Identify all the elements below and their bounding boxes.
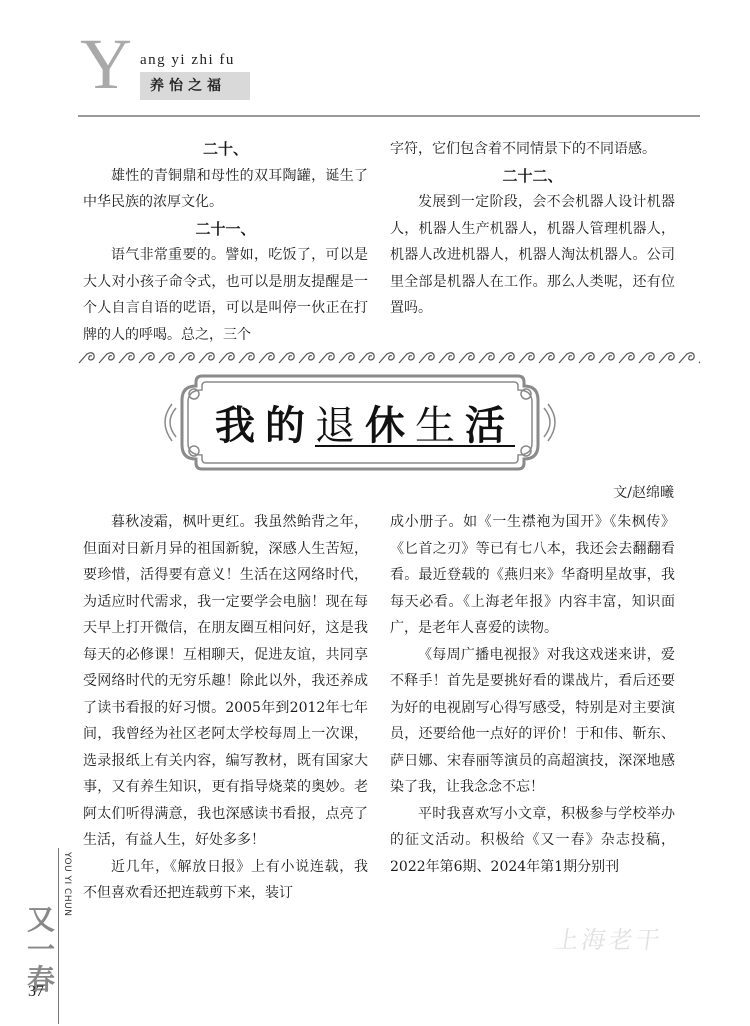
- paragraph: 雄性的青铜鼎和母性的双耳陶罐，诞生了中华民族的浓厚文化。: [83, 163, 368, 216]
- sidebar-rule: [58, 848, 59, 1024]
- author-byline: 文/赵绵曦: [613, 482, 674, 502]
- article-right-column: 成小册子。如《一生襟袍为国开》《朱枫传》《匕首之刃》等已有七八本，我还会去翻翻看…: [390, 509, 675, 880]
- paragraph: 平时我喜欢写小文章，积极参与学校举办的征文活动。积极给《又一春》杂志投稿，202…: [390, 801, 675, 881]
- title-part: 退: [315, 394, 365, 451]
- article-title-frame: 我的退休生活: [160, 370, 560, 475]
- paragraph: 发展到一定阶段，会不会机器人设计机器人，机器人生产机器人，机器人管理机器人，机器…: [390, 189, 675, 322]
- header-divider: [78, 115, 700, 117]
- title-part: 生: [415, 394, 465, 451]
- column-initial-letter: Y: [80, 28, 132, 100]
- paragraph: 《每周广播电视报》对我这戏迷来讲，爱不释手！首先是要挑好看的谍战片，看后还要为好…: [390, 642, 675, 801]
- previous-article-left-column: 二十、 雄性的青铜鼎和母性的双耳陶罐，诞生了中华民族的浓厚文化。 二十一、 语气…: [83, 136, 368, 348]
- watermark: 上海老干: [553, 920, 666, 955]
- paragraph: 成小册子。如《一生襟袍为国开》《朱枫传》《匕首之刃》等已有七八本，我还会去翻翻看…: [390, 509, 675, 642]
- column-name-tag: 养怡之福: [140, 72, 250, 100]
- paragraph: 字符，它们包含着不同情景下的不同语感。: [390, 136, 675, 163]
- article-title: 我的退休生活: [160, 370, 560, 475]
- section-heading: 二十二、: [390, 163, 675, 190]
- magazine-logo: 又一春: [26, 905, 56, 995]
- paragraph: 语气非常重要的。譬如，吃饭了，可以是大人对小孩子命令式，也可以是朋友提醒是一个人…: [83, 242, 368, 348]
- paragraph: 暮秋凌霜，枫叶更红。我虽然鲐背之年，但面对日新月异的祖国新貌，深感人生苦短，要珍…: [83, 509, 368, 854]
- title-part: 活: [465, 394, 515, 451]
- section-heading: 二十一、: [83, 216, 368, 243]
- column-pinyin: ang yi zhi fu: [140, 52, 235, 69]
- title-part: 我的: [215, 394, 315, 451]
- page-number: 37: [28, 983, 44, 1001]
- section-heading: 二十、: [83, 136, 368, 163]
- paragraph: 近几年，《解放日报》上有小说连载，我不但喜欢看还把连载剪下来，装订: [83, 854, 368, 907]
- previous-article-right-column: 字符，它们包含着不同情景下的不同语感。 二十二、 发展到一定阶段，会不会机器人设…: [390, 136, 675, 322]
- magazine-name-english: YOU YI CHUN: [62, 852, 72, 916]
- article-left-column: 暮秋凌霜，枫叶更红。我虽然鲐背之年，但面对日新月异的祖国新貌，深感人生苦短，要珍…: [83, 509, 368, 907]
- wave-ornament-divider: [78, 350, 700, 364]
- title-part: 休: [365, 394, 415, 451]
